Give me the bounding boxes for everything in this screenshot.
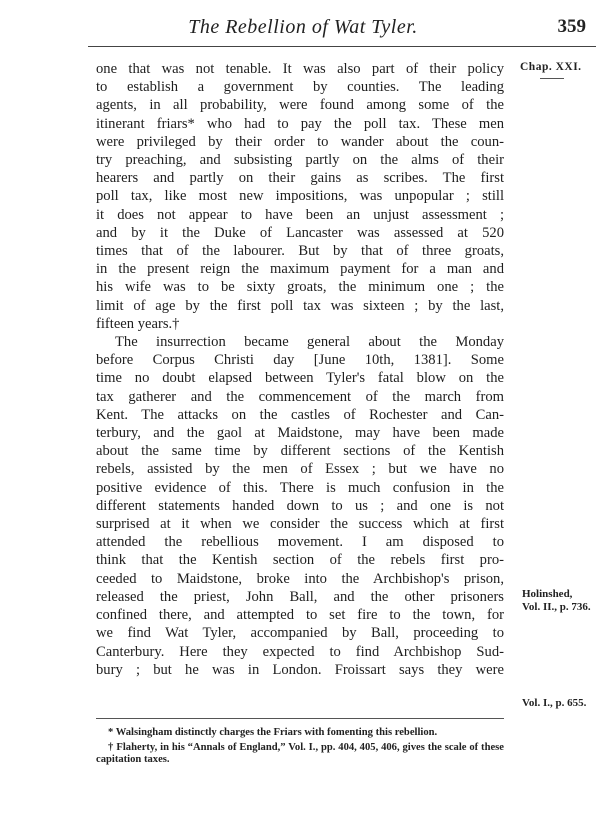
text-line: terbury, and the gaol at Maidstone, may … (96, 424, 504, 442)
text-line: rebels, assisted by the men of Essex ; b… (96, 460, 504, 478)
text-line: bury ; but he was in London. Froissart s… (96, 661, 504, 679)
margin-note-line: Vol. II., p. 736. (522, 601, 591, 614)
text-line: different statements handed down to us ;… (96, 497, 504, 515)
text-line: fifteen years.† (96, 315, 504, 333)
text-line: his wife was to be sixty groats, the min… (96, 278, 504, 296)
text-line: Kent. The attacks on the castles of Roch… (96, 406, 504, 424)
text-line: ceeded to Maidstone, broke into the Arch… (96, 570, 504, 588)
text-line: it does not appear to have been an unjus… (96, 206, 504, 224)
text-line: attended the rebellious movement. I am d… (96, 533, 504, 551)
footnotes: * Walsingham distinctly charges the Fria… (96, 727, 504, 769)
footnote-asterisk: * Walsingham distinctly charges the Fria… (96, 727, 504, 740)
page-header: The Rebellion of Wat Tyler. 359 (88, 12, 600, 48)
text-line: released the priest, John Ball, and the … (96, 588, 504, 606)
paragraph-2: The insurrection became general about th… (96, 333, 504, 679)
running-title: The Rebellion of Wat Tyler. (88, 16, 518, 39)
text-line: and by it the Duke of Lancaster was asse… (96, 224, 504, 242)
holinshed-margin-note: Holinshed, Vol. II., p. 736. (522, 588, 591, 614)
header-rule (88, 46, 596, 47)
footnote-dagger: † Flaherty, in his “Annals of England,” … (96, 742, 504, 767)
body-text: one that was not tenable. It was also pa… (96, 60, 504, 679)
text-line: confined there, and attempted to set fir… (96, 606, 504, 624)
text-line: times that of the labourer. But by that … (96, 242, 504, 260)
froissart-margin-note: Vol. I., p. 655. (522, 697, 586, 710)
text-line: surprised at it when we consider the suc… (96, 515, 504, 533)
margin-note-line: Holinshed, (522, 588, 591, 601)
text-line: poll tax, like most new impositions, was… (96, 187, 504, 205)
text-line: we find Wat Tyler, accompanied by Ball, … (96, 624, 504, 642)
text-line: think that the Kentish section of the re… (96, 551, 504, 569)
text-line: limit of age by the first poll tax was s… (96, 297, 504, 315)
text-line: to establish a government by counties. T… (96, 78, 504, 96)
text-line: itinerant friars* who had to pay the pol… (96, 115, 504, 133)
text-line: tax gatherer and the commencement of the… (96, 388, 504, 406)
text-line: time no doubt elapsed between Tyler's fa… (96, 369, 504, 387)
text-line: The insurrection became general about th… (96, 333, 504, 351)
text-line: positive evidence of this. There is much… (96, 479, 504, 497)
chapter-rule (540, 78, 564, 79)
text-line: try preaching, and subsisting partly on … (96, 151, 504, 169)
page-number: 359 (558, 16, 587, 38)
text-line: Canterbury. Here they expected to find A… (96, 643, 504, 661)
text-line: before Corpus Christi day [June 10th, 13… (96, 351, 504, 369)
text-line: one that was not tenable. It was also pa… (96, 60, 504, 78)
text-line: were privileged by their order to wander… (96, 133, 504, 151)
footnote-rule (96, 718, 504, 719)
text-line: hearers and partly on their gains as scr… (96, 169, 504, 187)
text-line: about the same time by different section… (96, 442, 504, 460)
chapter-margin-note: Chap. XXI. (520, 61, 582, 74)
text-line: agents, in all probability, were found a… (96, 96, 504, 114)
paragraph-1: one that was not tenable. It was also pa… (96, 60, 504, 333)
text-line: in the present reign the maximum payment… (96, 260, 504, 278)
